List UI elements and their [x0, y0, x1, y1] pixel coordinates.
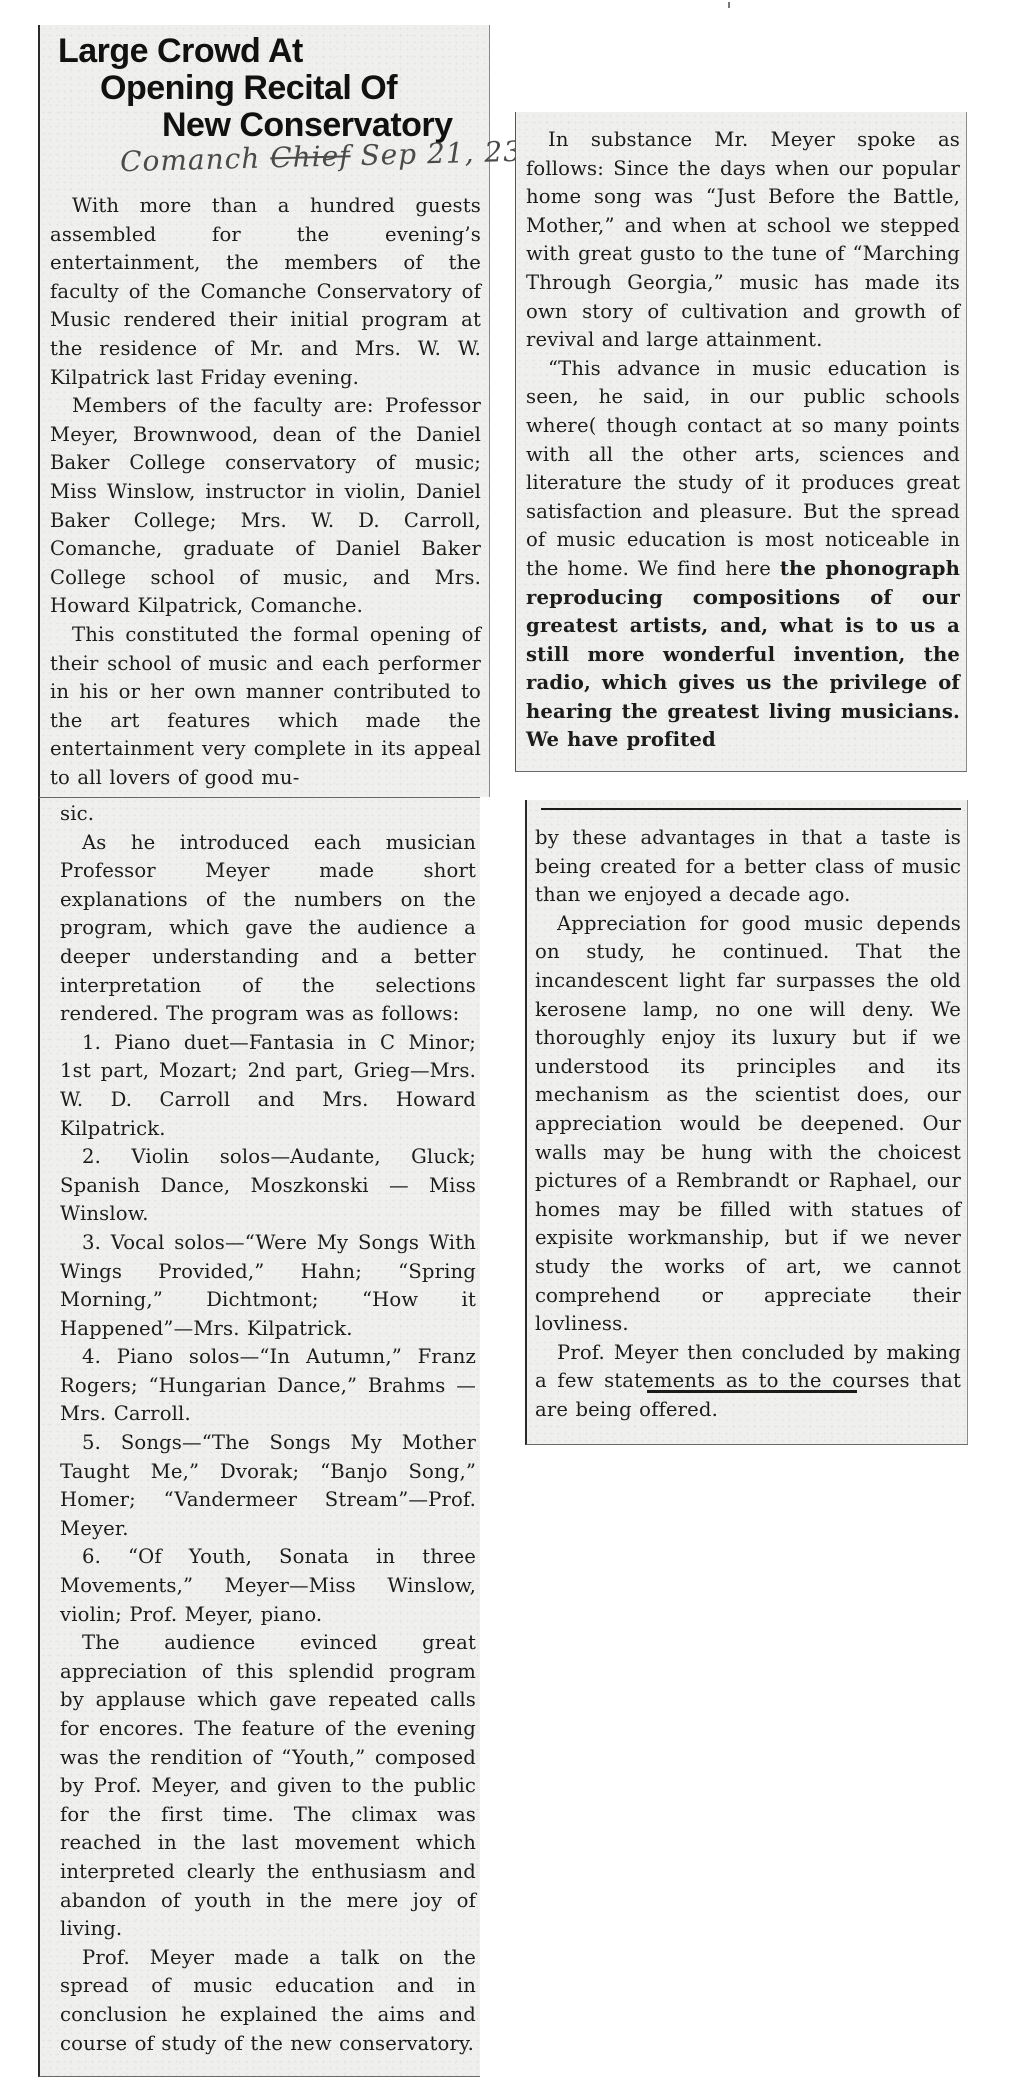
headline-line-1: Large Crowd At	[50, 33, 481, 70]
headline: Large Crowd At Opening Recital Of New Co…	[50, 33, 481, 144]
paragraph: With more than a hundred guests assemble…	[50, 192, 481, 392]
handwritten-date: Sep 21, 23	[360, 135, 522, 172]
program-item: 6. “Of Youth, Sonata in three Movements,…	[60, 1543, 476, 1629]
paragraph: by these advantages in that a taste is b…	[535, 824, 961, 910]
left-column-part1: With more than a hundred guests assemble…	[50, 192, 481, 792]
headline-line-2: Opening Recital Of	[50, 70, 481, 107]
program-item: 5. Songs—“The Songs My Mother Taught Me,…	[60, 1429, 476, 1543]
clipping-left-top: Large Crowd At Opening Recital Of New Co…	[38, 25, 490, 797]
paragraph: In substance Mr. Meyer spoke as follows:…	[526, 126, 960, 355]
handwritten-source: Comanch	[120, 142, 261, 179]
program-item: 1. Piano duet—Fantasia in C Minor; 1st p…	[60, 1029, 476, 1143]
paragraph: Prof. Meyer made a talk on the spread of…	[60, 1944, 476, 2058]
paragraph: The audience evinced great appreciation …	[60, 1629, 476, 1944]
clipping-left-bottom: sic. As he introduced each musician Prof…	[38, 797, 480, 2077]
clipping-right-bottom: by these advantages in that a taste is b…	[525, 800, 968, 1445]
clipping-right-top: In substance Mr. Meyer spoke as follows:…	[515, 112, 967, 772]
continuation-text: sic.	[60, 800, 476, 829]
paragraph: Prof. Meyer then concluded by making a f…	[535, 1339, 961, 1425]
program-item: 4. Piano solos—“In Autumn,” Franz Rogers…	[60, 1343, 476, 1429]
stray-mark	[728, 2, 730, 8]
paragraph: This constituted the formal opening of t…	[50, 621, 481, 793]
program-item: 2. Violin solos—Audante, Gluck; Spanish …	[60, 1143, 476, 1229]
paragraph-bold-text: the phonograph reproducing compositions …	[526, 557, 960, 752]
program-item: 3. Vocal solos—“Were My Songs With Wings…	[60, 1229, 476, 1343]
paragraph: Members of the faculty are: Professor Me…	[50, 392, 481, 621]
paragraph: “This advance in music education is seen…	[526, 355, 960, 755]
handwritten-struck-word: Chief	[270, 139, 351, 174]
left-column-part2: sic. As he introduced each musician Prof…	[60, 800, 476, 2058]
end-rule-divider	[647, 1390, 857, 1393]
paragraph: As he introduced each musician Professor…	[60, 829, 476, 1029]
right-column-part1: In substance Mr. Meyer spoke as follows:…	[526, 126, 960, 755]
paragraph: Appreciation for good music depends on s…	[535, 910, 961, 1339]
right-column-part2: by these advantages in that a taste is b…	[535, 824, 961, 1424]
paragraph-regular-text: “This advance in music education is seen…	[526, 357, 960, 580]
top-rule-divider	[541, 808, 961, 810]
